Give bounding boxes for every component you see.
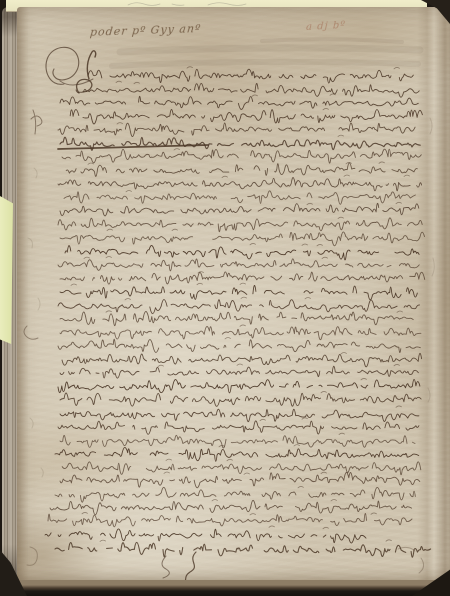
heading-annotation-right: a dj bº [306,20,346,33]
scanned-manuscript-frame: poder pº Gyy anº a dj bº [0,0,450,596]
manuscript-page [17,7,450,585]
page-bottom-edge [12,580,450,596]
bookmark-slip [0,196,13,344]
